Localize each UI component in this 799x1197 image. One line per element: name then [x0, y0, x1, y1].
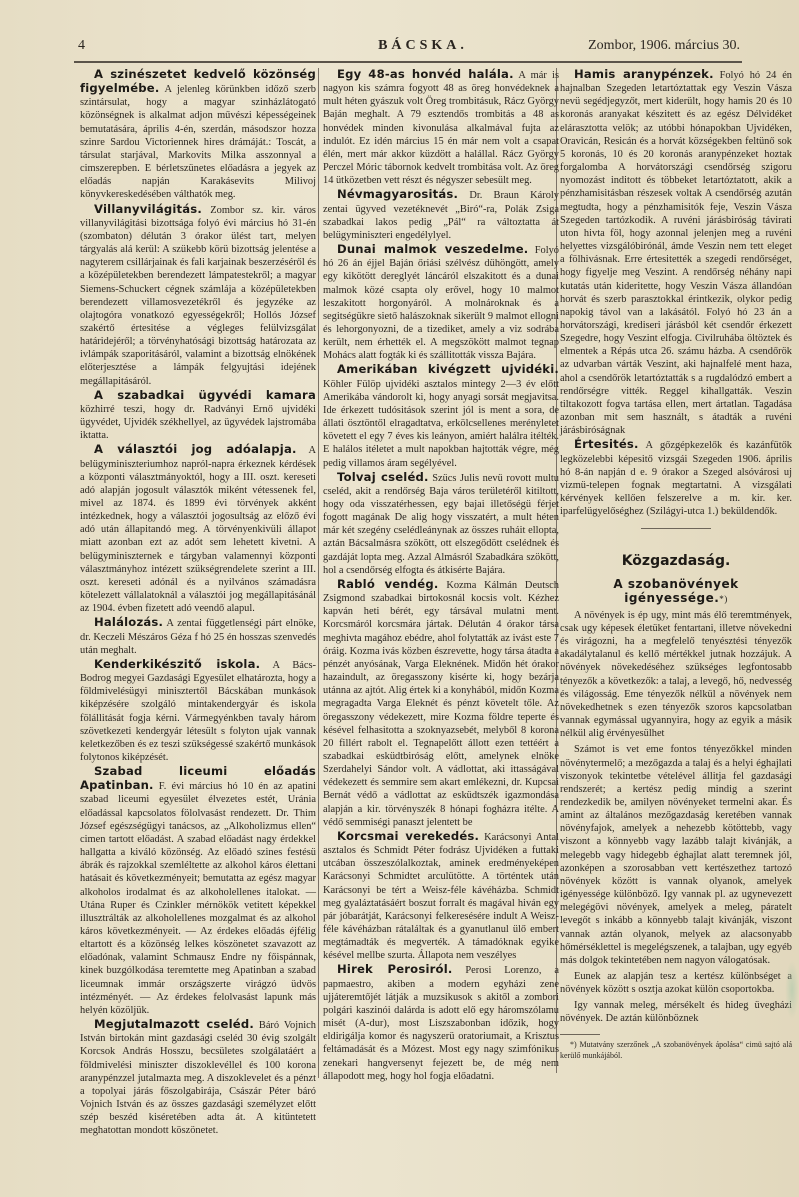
- article-body: Kozma Kálmán Deutsch Zsigmond szabadkai …: [323, 580, 559, 828]
- article: A választói jog adóalapja. A belügyminis…: [80, 443, 316, 615]
- column-1: A szinészetet kedvelő közönség figyelméb…: [80, 68, 316, 1139]
- article: Dunai malmok veszedelme. Folyó hó 26 án …: [323, 243, 559, 362]
- article: Névmagyarositás. Dr. Braun Károly zentai…: [323, 188, 559, 242]
- article-body: Köhler Fülöp ujvidéki asztalos mintegy 2…: [323, 379, 559, 469]
- article: Villanyvilágitás. Zombor sz. kir. város …: [80, 203, 316, 388]
- article-headline: Névmagyarositás.: [337, 187, 458, 201]
- article-headline: Rabló vendég.: [337, 577, 438, 591]
- article-headline: Hirek Perosiról.: [337, 962, 452, 976]
- article: Megjutalmazott cseléd. Báró Vojnich Istv…: [80, 1018, 316, 1137]
- section-paragraph: Számot is vet eme fontos tényezőkkel min…: [560, 743, 792, 967]
- article-body: A belügyminiszteriumhoz napról-napra érk…: [80, 445, 316, 614]
- article-headline: Egy 48-as honvéd halála.: [337, 67, 514, 81]
- article-body: A már is nagyon kis számra fogyott 48 as…: [323, 70, 559, 186]
- section-paragraph: Igy vannak meleg, mérsékelt és hideg üve…: [560, 999, 792, 1025]
- section-divider: [641, 528, 711, 529]
- dateline: Zombor, 1906. március 30.: [588, 38, 740, 54]
- article-body: Zombor sz. kir. város villanyvilágitási …: [80, 205, 316, 387]
- article-headline: A szabadkai ügyvédi kamara: [94, 388, 316, 402]
- article-headline: Hamis aranypénzek.: [574, 67, 714, 81]
- column-2: Egy 48-as honvéd halála. A már is nagyon…: [323, 68, 559, 1084]
- section-body: A növények is ép ugy, mint más élő terem…: [560, 609, 792, 1026]
- article-headline: Kenderkikészitő iskola.: [94, 657, 260, 671]
- article: Hamis aranypénzek. Folyó hó 24 én hajnal…: [560, 68, 792, 437]
- article-headline: Villanyvilágitás.: [94, 202, 202, 216]
- article-body: A jelenleg körünkben időző szerb szintár…: [80, 84, 316, 200]
- article-subtitle: A szobanövények igényessége.*): [560, 578, 792, 605]
- article: Kenderkikészitő iskola. A Bács-Bodrog me…: [80, 658, 316, 764]
- article: Korcsmai verekedés. Karácsonyi Antal asz…: [323, 830, 559, 963]
- section-paragraph: Eunek az alapján tesz a kertész különbsé…: [560, 970, 792, 996]
- articles-container: Hamis aranypénzek. Folyó hó 24 én hajnal…: [560, 68, 792, 518]
- footnote: *) Mutatvány szerzőnek „A szobanövények …: [560, 1039, 792, 1061]
- article: Szabad liceumi előadás Apatinban. F. évi…: [80, 765, 316, 1017]
- article-body: Báró Vojnich István birtokán mint gazdas…: [80, 1020, 316, 1136]
- article-body: Folyó hó 26 án éjjel Baján őriási szélvé…: [323, 245, 559, 361]
- article-headline: Értesités.: [574, 437, 639, 451]
- article: Tolvaj cseléd. Szücs Julis nevü rovott m…: [323, 471, 559, 577]
- article-body: A Bács-Bodrog megyei Gazdasági Egyesület…: [80, 660, 316, 763]
- article: Hirek Perosiról. Perosi Lorenzo, a papma…: [323, 963, 559, 1082]
- article: Értesités. A gőzgépkezelők és kazánfütők…: [560, 438, 792, 518]
- article-body: A gőzgépkezelők és kazánfütők legközeleb…: [560, 440, 792, 517]
- article-headline: Korcsmai verekedés.: [337, 829, 479, 843]
- section-paragraph: A növények is ép ugy, mint más élő terem…: [560, 609, 792, 741]
- article-body: Szücs Julis nevü rovott multu cseléd, ak…: [323, 473, 559, 576]
- article: A szabadkai ügyvédi kamara közhirré tesz…: [80, 389, 316, 443]
- article: Amerikában kivégzett ujvidéki. Köhler Fü…: [323, 363, 559, 469]
- article-body: Perosi Lorenzo, a papmaestro, akiben a m…: [323, 965, 559, 1081]
- article: Rabló vendég. Kozma Kálmán Deutsch Zsigm…: [323, 578, 559, 829]
- paper-stain: [785, 960, 799, 1020]
- article-headline: Halálozás.: [94, 615, 163, 629]
- column-3: Hamis aranypénzek. Folyó hó 24 én hajnal…: [560, 68, 792, 1061]
- article-headline: Megjutalmazott cseléd.: [94, 1017, 254, 1031]
- article: A szinészetet kedvelő közönség figyelméb…: [80, 68, 316, 202]
- article-body: Karácsonyi Antal asztalos és Schmidt Pét…: [323, 832, 559, 961]
- section-title: Közgazdaság.: [560, 555, 792, 568]
- article: Egy 48-as honvéd halála. A már is nagyon…: [323, 68, 559, 187]
- article-body: közhirré teszi, hogy dr. Radványi Ernő u…: [80, 404, 316, 441]
- article-headline: Amerikában kivégzett ujvidéki.: [337, 362, 559, 376]
- article-headline: A választói jog adóalapja.: [94, 442, 297, 456]
- header-rule: [74, 61, 742, 63]
- article-body: Folyó hó 24 én hajnalban Szegeden letart…: [560, 70, 792, 436]
- footnote-rule: [560, 1034, 600, 1035]
- article-body: F. évi március hó 10 én az apatini szaba…: [80, 781, 316, 1016]
- column-divider: [318, 68, 319, 1078]
- article-headline: Dunai malmok veszedelme.: [337, 242, 528, 256]
- article: Halálozás. A zentai függetlenségi párt e…: [80, 616, 316, 656]
- footnote-mark: *): [719, 594, 728, 604]
- page-header: 4 BÁCSKA. Zombor, 1906. március 30.: [78, 38, 728, 60]
- article-headline: Tolvaj cseléd.: [337, 470, 429, 484]
